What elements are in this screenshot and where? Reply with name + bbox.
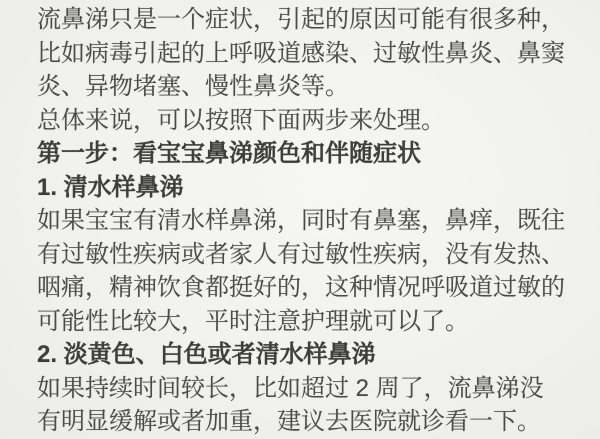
type1-body-line-4: 可能性比较大，平时注意护理就可以了。 xyxy=(37,305,590,339)
intro-line-2: 比如病毒引起的上呼吸道感染、过敏性鼻炎、鼻窦 xyxy=(37,37,590,71)
intro-line-1: 流鼻涕只是一个症状，引起的原因可能有很多种， xyxy=(37,3,590,37)
type2-heading: 2. 淡黄色、白色或者清水样鼻涕 xyxy=(37,338,590,372)
type1-heading: 1. 清水样鼻涕 xyxy=(37,171,590,205)
article-text-image: 流鼻涕只是一个症状，引起的原因可能有很多种， 比如病毒引起的上呼吸道感染、过敏性… xyxy=(0,0,600,439)
type1-body-line-2: 有过敏性疾病或者家人有过敏性疾病，没有发热、 xyxy=(37,238,590,272)
summary-line: 总体来说，可以按照下面两步来处理。 xyxy=(37,104,590,138)
type1-body-line-1: 如果宝宝有清水样鼻涕，同时有鼻塞，鼻痒，既往 xyxy=(37,204,590,238)
intro-line-3: 炎、异物堵塞、慢性鼻炎等。 xyxy=(37,70,590,104)
step1-heading: 第一步：看宝宝鼻涕颜色和伴随症状 xyxy=(37,137,590,171)
type2-body-line-1: 如果持续时间较长，比如超过 2 周了，流鼻涕没 xyxy=(37,372,590,406)
article-body: 流鼻涕只是一个症状，引起的原因可能有很多种， 比如病毒引起的上呼吸道感染、过敏性… xyxy=(37,3,590,439)
type1-body-line-3: 咽痛，精神饮食都挺好的，这种情况呼吸道过敏的 xyxy=(37,271,590,305)
type2-body-line-2: 有明显缓解或者加重，建议去医院就诊看一下。 xyxy=(37,405,590,439)
